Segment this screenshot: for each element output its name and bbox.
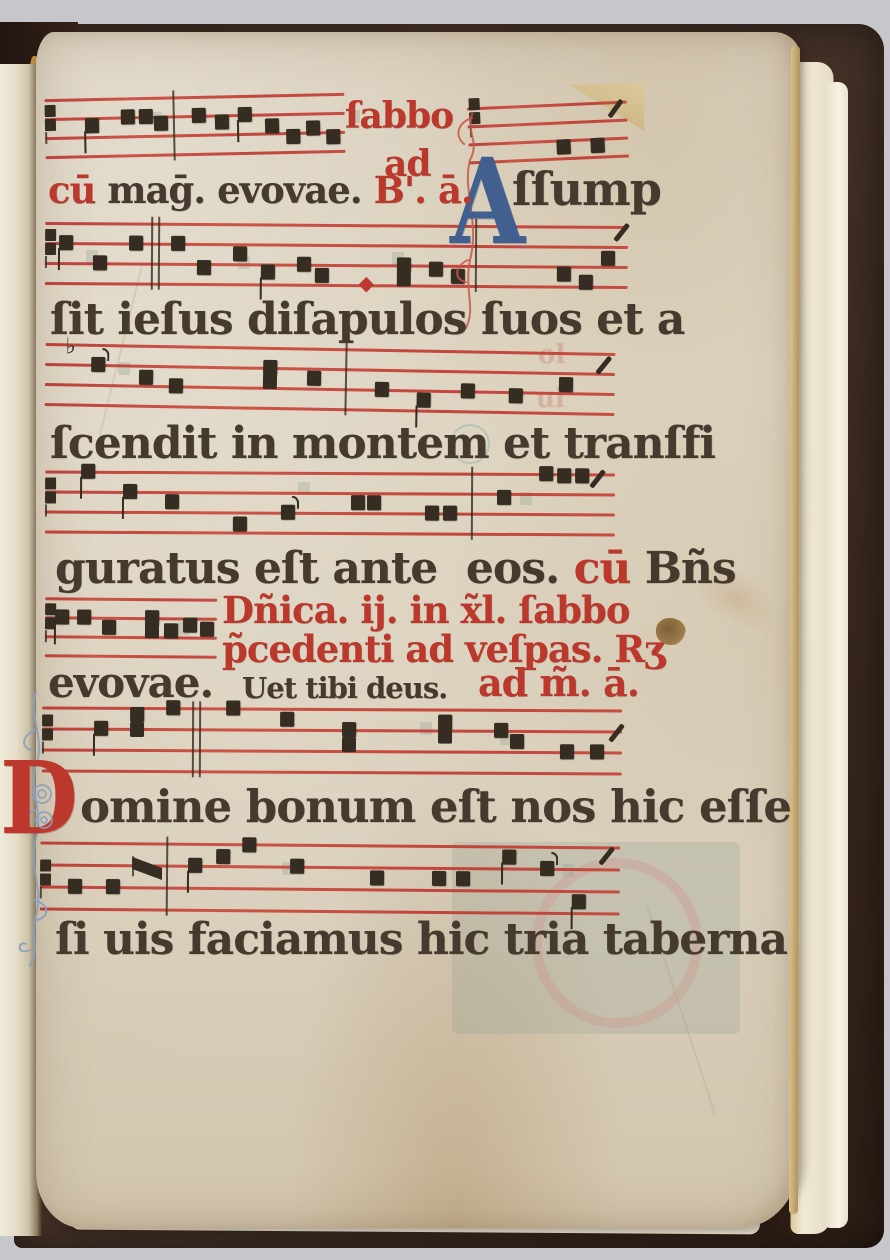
text-segment: ſcendit in montem et tranſfi (50, 418, 715, 469)
text-segment: ſabbo (345, 95, 453, 137)
manuscript-photo: olul ♭ A D ſabboadcū maḡ. evovae. B'. ā.… (0, 0, 890, 1260)
verse-line-3: ſcendit in montem et tranſfi (50, 422, 715, 466)
text-segment: eos. (466, 543, 574, 594)
incipit-line: cū maḡ. evovae. B'. ā. (48, 172, 473, 209)
verse-line-6: omine bonum eſt nos hic eſſe (80, 784, 791, 829)
verse-line-2: ſit ieſus diſapulos ſuos et a (50, 298, 684, 342)
text-segment: cū (48, 168, 107, 212)
verse-line-4: guratus eſt ante eos. cū Bñs (55, 547, 736, 591)
text-segment: maḡ. evovae. (107, 168, 373, 212)
assumpsit-rest: ſſump (512, 166, 661, 212)
chant-text: ſabboadcū maḡ. evovae. B'. ā.ſſumpſit ie… (0, 0, 890, 1260)
rubric-mid-1: Dñica. ij. in x̃l. ſabbo (222, 592, 630, 629)
text-segment: ſſump (512, 162, 661, 216)
text-segment: ad m̃. ā. (478, 660, 639, 705)
text-segment: omine bonum eſt nos hic eſſe (80, 780, 791, 833)
text-segment: Bñs (645, 543, 736, 594)
text-segment: B'. ā. (374, 168, 473, 212)
text-segment: guratus eſt ante (55, 543, 437, 594)
verse-line-5-incipit: Uet tibi deus. (242, 674, 447, 703)
text-segment: cū (574, 543, 645, 594)
text-segment (437, 543, 466, 594)
rubric-saturday: ſabbo (345, 98, 453, 134)
text-segment: Uet tibi deus. (242, 671, 447, 705)
text-segment: ſi uis faciamus hic tria taberna (55, 914, 787, 965)
verse-line-7: ſi uis faciamus hic tria taberna (55, 918, 787, 962)
text-segment: Dñica. ij. in x̃l. ſabbo (222, 588, 630, 632)
text-segment: evovae. (48, 658, 213, 707)
text-segment: ſit ieſus diſapulos ſuos et a (50, 294, 684, 345)
verse-line-5-evovae: evovae. (48, 662, 213, 704)
verse-line-5-rubric: ad m̃. ā. (478, 664, 639, 702)
